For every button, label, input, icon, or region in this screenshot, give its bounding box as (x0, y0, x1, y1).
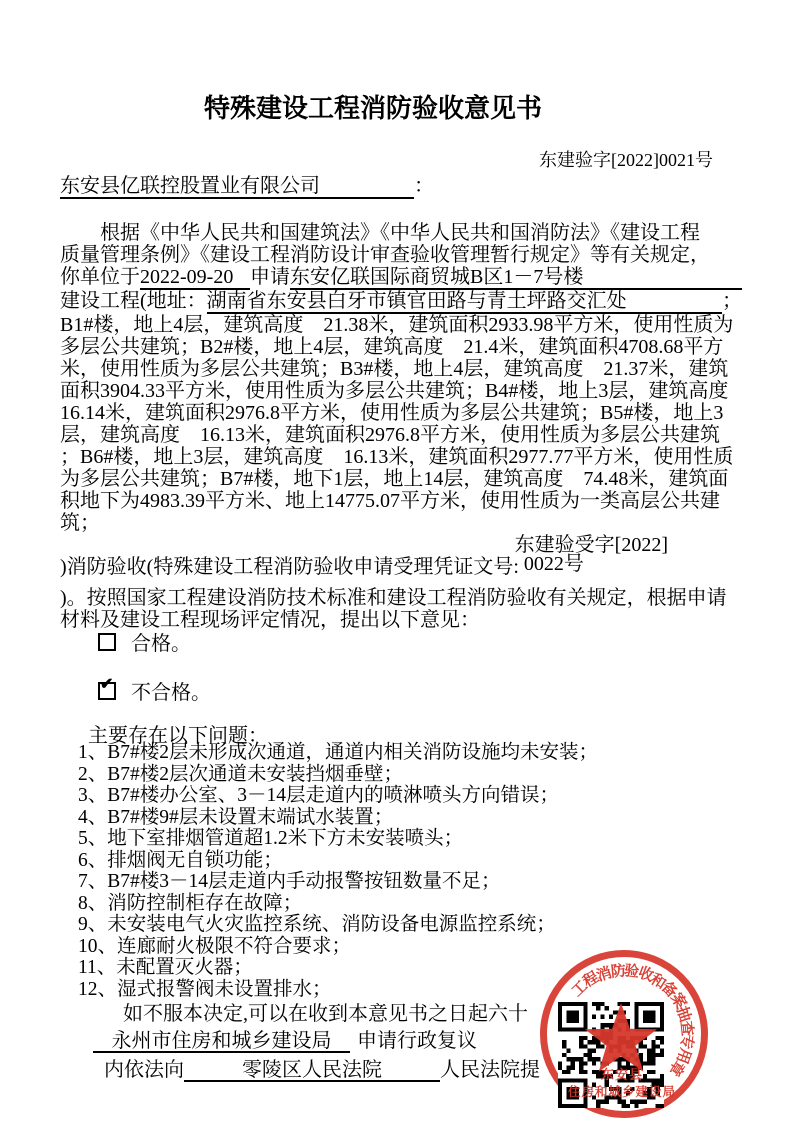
building-description-line: 筑； (60, 512, 742, 534)
problem-item: 3、B7#楼办公室、3－14层走道内的喷淋喷头方向错误； (78, 785, 598, 807)
problem-item: 2、B7#楼2层次通道未安装挡烟垂壁； (78, 764, 598, 786)
problem-item: 12、湿式报警阀未设置排水； (78, 979, 598, 1001)
opinion-line-2: 材料及建设工程现场评定情况，提出以下意见： (60, 609, 742, 631)
project-name-field[interactable]: 东安亿联国际商贸城B区1－7号楼 (290, 266, 742, 290)
apply-word: 申请 (250, 266, 290, 288)
receipt-line: )消防验收(特殊建设工程消防验收申请受理凭证文号: 0022号 (60, 556, 742, 578)
problem-item: 4、B7#楼9#层未设置末端试水装置； (78, 807, 598, 829)
building-description-line: 米，使用性质为多层公共建筑；B3#楼，地上4层，建筑高度 21.37米，建筑 (60, 358, 742, 380)
label-unqualified: 不合格。 (131, 682, 211, 704)
building-description-line: B1#楼，地上4层，建筑高度 21.38米，建筑面积2933.98平方米，使用性… (60, 314, 742, 336)
option-unqualified: ✔不合格。 (98, 682, 211, 703)
checkbox-unqualified[interactable]: ✔ (98, 682, 116, 700)
problem-item: 8、消防控制柜存在故障； (78, 893, 598, 915)
addressee-line: 东安县亿联控股置业有限公司： (60, 176, 434, 199)
building-description-line: 面积3904.33平方米，使用性质为多层公共建筑；B4#楼，地上3层，建筑高度 (60, 380, 742, 402)
acceptance-ref-number: 东建验受字[2022] (60, 534, 742, 556)
checkbox-qualified[interactable] (98, 633, 116, 651)
building-description-line: 16.14米，建筑面积2976.8平方米，使用性质为多层公共建筑；B5#楼，地上… (60, 402, 742, 424)
label-qualified: 合格。 (131, 633, 191, 655)
seal-org-line-2: 住房和城乡建设局 (542, 1082, 702, 1100)
court-field[interactable]: 零陵区人民法院 (184, 1060, 440, 1082)
building-description-line: 层，建筑高度 16.13米，建筑面积2976.8平方米，使用性质为多层公共建筑 (60, 424, 742, 446)
building-description-line: 为多层公共建筑；B7#楼，地下1层，地上14层，建筑高度 74.48米，建筑面 (60, 468, 742, 490)
addressee-name-field[interactable]: 东安县亿联控股置业有限公司 (60, 176, 414, 199)
receipt-number-field[interactable]: 0022号 (524, 553, 584, 575)
building-description-line: ；B6#楼，地上3层，建筑高度 16.13米，建筑面积2977.77平方米，使用… (60, 446, 742, 468)
address-line: 建设工程(地址：湖南省东安县白牙市镇官田路与青土坪路交汇处； (60, 290, 742, 314)
project-address-field[interactable]: 湖南省东安县白牙市镇官田路与青土坪路交汇处 (207, 290, 722, 314)
problem-item: 6、排烟阀无自锁功能； (78, 850, 598, 872)
document-number: 东建验字[2022]0021号 (539, 146, 713, 172)
option-qualified: 合格。 (98, 633, 191, 654)
address-suffix: ； (722, 290, 742, 312)
address-prefix: 建设工程(地址： (60, 290, 207, 312)
problem-item: 5、地下室排烟管道超1.2米下方未安装喷头； (78, 828, 598, 850)
review-organ-field[interactable]: 永州市住房和城乡建设局 (93, 1031, 350, 1053)
document-page: 特殊建设工程消防验收意见书 东建验字[2022]0021号 东安县亿联控股置业有… (0, 0, 793, 1122)
intro-line-2: 质量管理条例》《建设工程消防设计审查验收管理暂行规定》等有关规定， (60, 244, 742, 266)
addressee-colon: ： (414, 175, 434, 197)
building-description-line: 多层公共建筑；B2#楼，地上4层，建筑高度 21.4米，建筑面积4708.68平… (60, 336, 742, 358)
problem-item: 9、未安装电气火灾监控系统、消防设备电源监控系统； (78, 914, 598, 936)
check-mark-icon: ✔ (100, 677, 113, 693)
apply-date-field[interactable]: 2022-09-20 (140, 266, 250, 290)
problems-list: 1、B7#楼2层未形成次通道，通道内相关消防设施均未安装；2、B7#楼2层次通道… (78, 742, 598, 1000)
building-description: B1#楼，地上4层，建筑高度 21.38米，建筑面积2933.98平方米，使用性… (60, 314, 742, 534)
closing-line-3: 内依法向零陵区人民法院人民法院提 (104, 1060, 540, 1082)
problem-item: 11、未配置灭火器； (78, 957, 598, 979)
closing-line-3-suffix: 人民法院提 (440, 1059, 540, 1081)
problem-item: 1、B7#楼2层未形成次通道，通道内相关消防设施均未安装； (78, 742, 598, 764)
receipt-prefix: )消防验收(特殊建设工程消防验收申请受理凭证文号: (60, 556, 524, 578)
closing-line-1: 如不服本决定,可以在收到本意见书之日起六十 (123, 1004, 528, 1024)
problem-item: 7、B7#楼3－14层走道内手动报警按钮数量不足； (78, 871, 598, 893)
document-title: 特殊建设工程消防验收意见书 (33, 88, 713, 125)
apply-line: 你单位于2022-09-20申请东安亿联国际商贸城B区1－7号楼 (60, 266, 742, 290)
intro-line-1: 根据《中华人民共和国建筑法》《中华人民共和国消防法》《建设工程 (60, 222, 742, 244)
problem-item: 10、连廊耐火极限不符合要求； (78, 936, 598, 958)
closing-line-3-prefix: 内依法向 (104, 1059, 184, 1081)
apply-prefix: 你单位于 (60, 266, 140, 288)
seal-org-line-1: 东安县 (542, 1064, 702, 1083)
building-description-line: 积地下为4983.39平方米、地上14775.07平方米，使用性质为一类高层公共… (60, 490, 742, 512)
closing-line-2: 永州市住房和城乡建设局申请行政复议 (93, 1031, 477, 1053)
closing-line-2-suffix: 申请行政复议 (357, 1030, 477, 1052)
opinion-line-1: )。按照国家工程建设消防技术标准和建设工程消防验收有关规定，根据申请 (60, 587, 742, 609)
document-body: 根据《中华人民共和国建筑法》《中华人民共和国消防法》《建设工程 质量管理条例》《… (60, 222, 742, 631)
